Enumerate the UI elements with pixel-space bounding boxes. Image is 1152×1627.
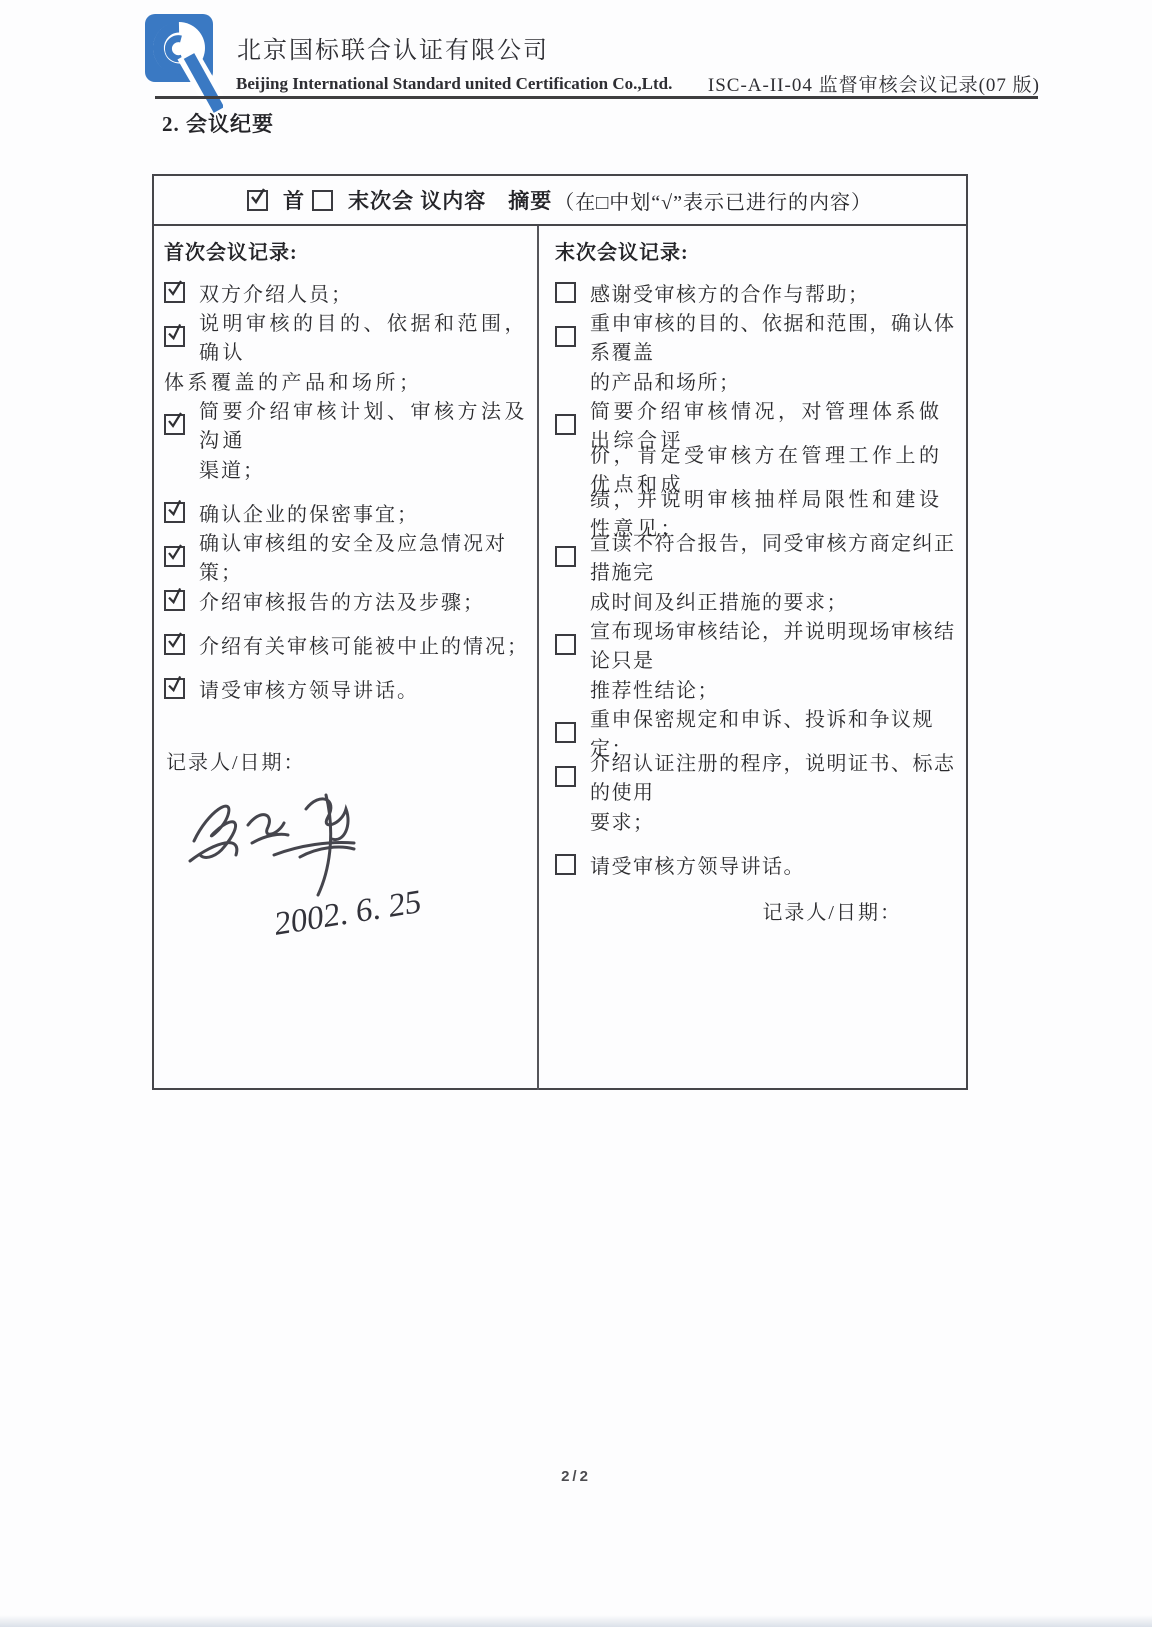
checklist-item: 介绍认证注册的程序，说明证书、标志的使用 要求； xyxy=(555,754,958,842)
empty-checkbox-icon xyxy=(555,326,576,347)
checklist-item: 简要介绍审核情况，对管理体系做出综合评 价，肯定受审核方在管理工作上的优点和成 … xyxy=(555,402,958,534)
empty-checkbox-icon xyxy=(555,722,576,743)
checklist-item: 说明审核的目的、依据和范围，确认 体系覆盖的产品和场所； xyxy=(164,314,531,402)
item-line: 请受审核方领导讲话。 xyxy=(590,850,805,879)
checklist-item: 介绍有关审核可能被中止的情况； xyxy=(164,622,531,666)
item-line: 宣读不符合报告，同受审核方商定纠正措施完 xyxy=(590,527,958,585)
item-line: 确认审核组的安全及应急情况对策； xyxy=(199,527,531,585)
item-line: 请受审核方领导讲话。 xyxy=(199,674,419,703)
item-line: 介绍审核报告的方法及步骤； xyxy=(199,586,485,615)
item-line: 介绍有关审核可能被中止的情况； xyxy=(199,630,529,659)
empty-checkbox-icon xyxy=(555,634,576,655)
checklist-item: 宣布现场审核结论，并说明现场审核结论只是 推荐性结论； xyxy=(555,622,958,710)
checked-checkbox-icon xyxy=(164,590,185,611)
checklist-item: 简要介绍审核计划、审核方法及沟通 渠道； xyxy=(164,402,531,490)
handwritten-date: 2002. 6. 25 xyxy=(272,884,424,937)
document-code: ISC-A-II-04 监督审核会议记录(07 版) xyxy=(660,70,1040,97)
table-title-note: （在□中划“√”表示已进行的内容） xyxy=(554,186,872,215)
page-number: 2/2 xyxy=(0,1468,1152,1485)
item-line: 确认企业的保密事宜； xyxy=(199,498,419,527)
recorder-date-label: 记录人/日期： xyxy=(164,746,531,775)
empty-checkbox-icon xyxy=(555,282,576,303)
empty-checkbox-icon xyxy=(312,190,333,211)
table-title-first: 首 xyxy=(283,185,305,215)
company-name-chinese: 北京国标联合认证有限公司 xyxy=(237,30,549,65)
checklist-item: 宣读不符合报告，同受审核方商定纠正措施完 成时间及纠正措施的要求； xyxy=(555,534,958,622)
item-line: 说明审核的目的、依据和范围，确认 xyxy=(199,307,531,365)
checked-checkbox-icon xyxy=(164,282,185,303)
handwritten-signature-icon: 2002. 6. 25 xyxy=(178,777,508,937)
scan-edge-shadow xyxy=(0,1615,1152,1627)
checked-checkbox-icon xyxy=(164,414,185,435)
first-meeting-heading: 首次会议记录: xyxy=(164,236,531,270)
empty-checkbox-icon xyxy=(555,854,576,875)
item-line: 感谢受审核方的合作与帮助； xyxy=(590,278,870,307)
checked-checkbox-icon xyxy=(164,678,185,699)
checklist-item: 请受审核方领导讲话。 xyxy=(164,666,531,710)
table-title-rest: 末次会 议内容 摘要 xyxy=(348,185,552,215)
checked-checkbox-icon xyxy=(164,634,185,655)
item-line: 介绍认证注册的程序，说明证书、标志的使用 xyxy=(590,747,958,805)
last-meeting-heading: 末次会议记录: xyxy=(555,236,958,270)
first-meeting-column: 首次会议记录: 双方介绍人员； 说明审核的目的、依据和范围，确认 体系覆盖的产品… xyxy=(154,226,539,1090)
empty-checkbox-icon xyxy=(555,414,576,435)
checked-checkbox-icon xyxy=(164,326,185,347)
header-divider xyxy=(155,96,1038,99)
checklist-item: 重申审核的目的、依据和范围，确认体系覆盖 的产品和场所； xyxy=(555,314,958,402)
item-line: 宣布现场审核结论，并说明现场审核结论只是 xyxy=(590,615,958,673)
last-meeting-column: 末次会议记录: 感谢受审核方的合作与帮助； 重申审核的目的、依据和范围，确认体系… xyxy=(539,226,966,1090)
checked-checkbox-icon xyxy=(164,502,185,523)
section-title: 2. 会议纪要 xyxy=(162,108,274,138)
checked-checkbox-icon xyxy=(247,190,268,211)
table-title-row: 首 末次会 议内容 摘要 （在□中划“√”表示已进行的内容） xyxy=(154,176,966,226)
company-name-english: Beijing International Standard united Ce… xyxy=(236,74,672,94)
item-line: 简要介绍审核计划、审核方法及沟通 xyxy=(199,395,531,453)
checklist-item: 确认审核组的安全及应急情况对策； xyxy=(164,534,531,578)
checked-checkbox-icon xyxy=(164,546,185,567)
meeting-summary-table: 首 末次会 议内容 摘要 （在□中划“√”表示已进行的内容） 首次会议记录: 双… xyxy=(152,174,968,1090)
company-logo-icon xyxy=(143,12,223,116)
empty-checkbox-icon xyxy=(555,546,576,567)
checklist-item: 介绍审核报告的方法及步骤； xyxy=(164,578,531,622)
recorder-date-label: 记录人/日期： xyxy=(555,896,958,925)
item-line: 双方介绍人员； xyxy=(199,278,353,307)
checklist-item: 请受审核方领导讲话。 xyxy=(555,842,958,886)
item-line: 重申审核的目的、依据和范围，确认体系覆盖 xyxy=(590,307,958,365)
empty-checkbox-icon xyxy=(555,766,576,787)
scanned-document-page: 北京国标联合认证有限公司 Beijing International Stand… xyxy=(0,0,1152,1627)
